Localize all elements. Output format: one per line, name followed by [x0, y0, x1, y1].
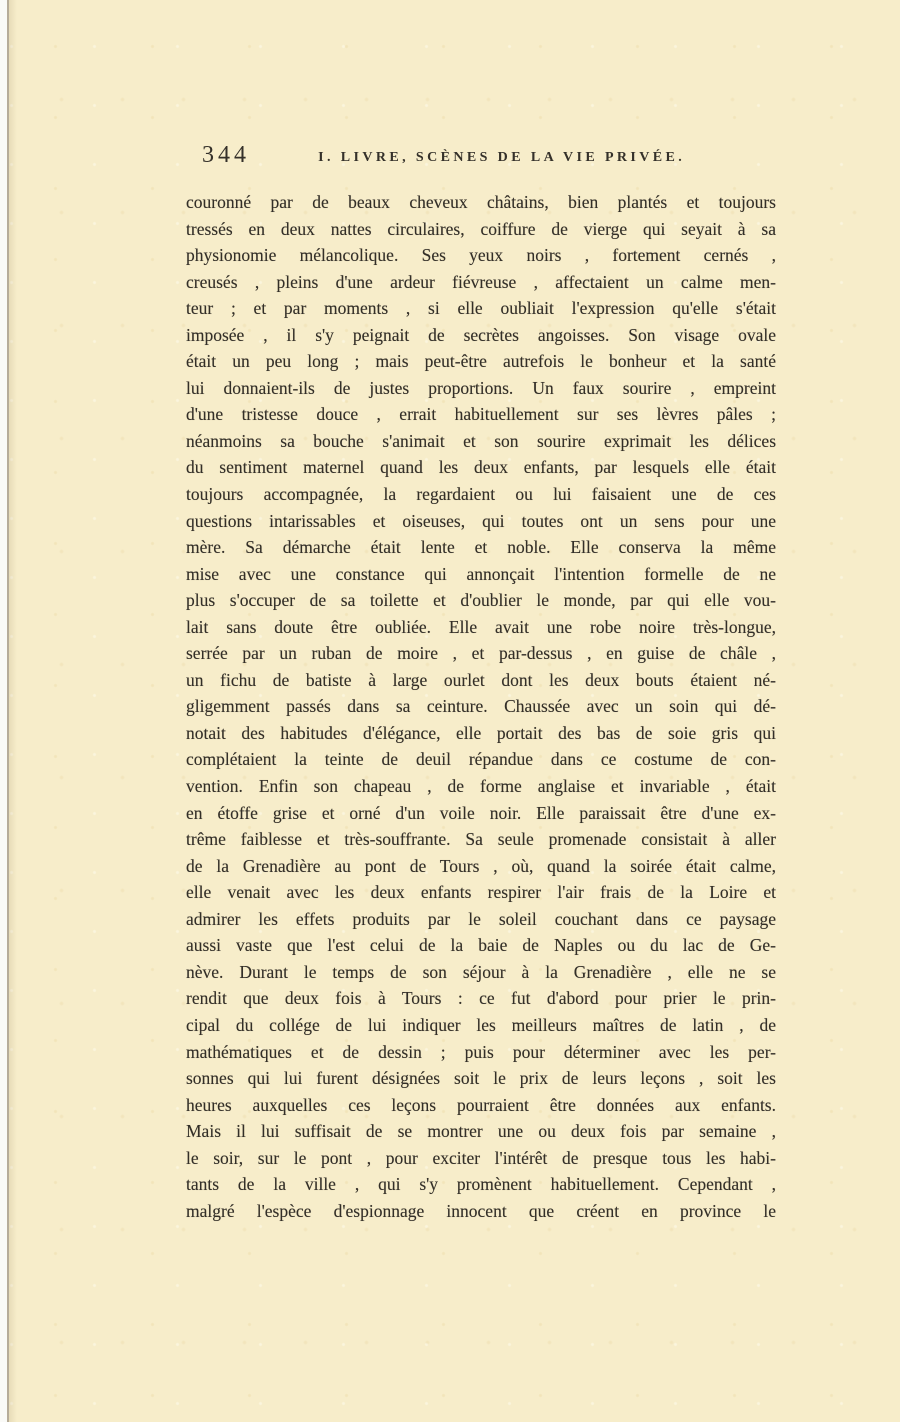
scan-edge-shadow [9, 0, 17, 1422]
body-text: couronné par de beaux cheveux châtains, … [186, 189, 776, 1224]
text-line: questions intarissables et oiseuses, qui… [186, 508, 776, 535]
page-header: 344 I. LIVRE, SCÈNES DE LA VIE PRIVÉE. [186, 142, 776, 176]
text-line: rendit que deux fois à Tours : ce fut d'… [186, 985, 776, 1012]
text-line: un fichu de batiste à large ourlet dont … [186, 667, 776, 694]
text-line: d'une tristesse douce , errait habituell… [186, 401, 776, 428]
text-line: mère. Sa démarche était lente et noble. … [186, 534, 776, 561]
text-line: elle venait avec les deux enfants respir… [186, 879, 776, 906]
text-line: toujours accompagnée, la regardaient ou … [186, 481, 776, 508]
text-line: cipal du collége de lui indiquer les mei… [186, 1012, 776, 1039]
text-line: était un peu long ; mais peut-être autre… [186, 348, 776, 375]
text-line: admirer les effets produits par le solei… [186, 906, 776, 933]
text-line: mise avec une constance qui annonçait l'… [186, 561, 776, 588]
text-line: néanmoins sa bouche s'animait et son sou… [186, 428, 776, 455]
text-line: le soir, sur le pont , pour exciter l'in… [186, 1145, 776, 1172]
text-line: sonnes qui lui furent désignées soit le … [186, 1065, 776, 1092]
text-line: du sentiment maternel quand les deux enf… [186, 454, 776, 481]
text-line: vention. Enfin son chapeau , de forme an… [186, 773, 776, 800]
text-line: de la Grenadière au pont de Tours , où, … [186, 853, 776, 880]
text-line: malgré l'espèce d'espionnage innocent qu… [186, 1198, 776, 1225]
text-line: imposée , il s'y peignait de secrètes an… [186, 322, 776, 349]
text-line: Mais il lui suffisait de se montrer une … [186, 1118, 776, 1145]
text-line: gligemment passés dans sa ceinture. Chau… [186, 693, 776, 720]
scan-edge [0, 0, 9, 1422]
text-line: aussi vaste que l'est celui de la baie d… [186, 932, 776, 959]
text-line: nève. Durant le temps de son séjour à la… [186, 959, 776, 986]
running-title: I. LIVRE, SCÈNES DE LA VIE PRIVÉE. [318, 150, 685, 166]
text-line: serrée par un ruban de moire , et par-de… [186, 640, 776, 667]
text-line: notait des habitudes d'élégance, elle po… [186, 720, 776, 747]
text-line: trême faiblesse et très-souffrante. Sa s… [186, 826, 776, 853]
text-line: physionomie mélancolique. Ses yeux noirs… [186, 242, 776, 269]
text-line: tressés en deux nattes circulaires, coif… [186, 216, 776, 243]
text-line: heures auxquelles ces leçons pourraient … [186, 1092, 776, 1119]
text-line: complétaient la teinte de deuil répandue… [186, 746, 776, 773]
text-line: couronné par de beaux cheveux châtains, … [186, 189, 776, 216]
text-line: plus s'occuper de sa toilette et d'oubli… [186, 587, 776, 614]
text-line: mathématiques et de dessin ; puis pour d… [186, 1039, 776, 1066]
page-number: 344 [202, 142, 250, 169]
text-line: teur ; et par moments , si elle oubliait… [186, 295, 776, 322]
text-line: en étoffe grise et orné d'un voile noir.… [186, 800, 776, 827]
text-line: lui donnaient-ils de justes proportions.… [186, 375, 776, 402]
text-line: tants de la ville , qui s'y promènent ha… [186, 1171, 776, 1198]
text-line: creusés , pleins d'une ardeur fiévreuse … [186, 269, 776, 296]
text-line: lait sans doute être oubliée. Elle avait… [186, 614, 776, 641]
